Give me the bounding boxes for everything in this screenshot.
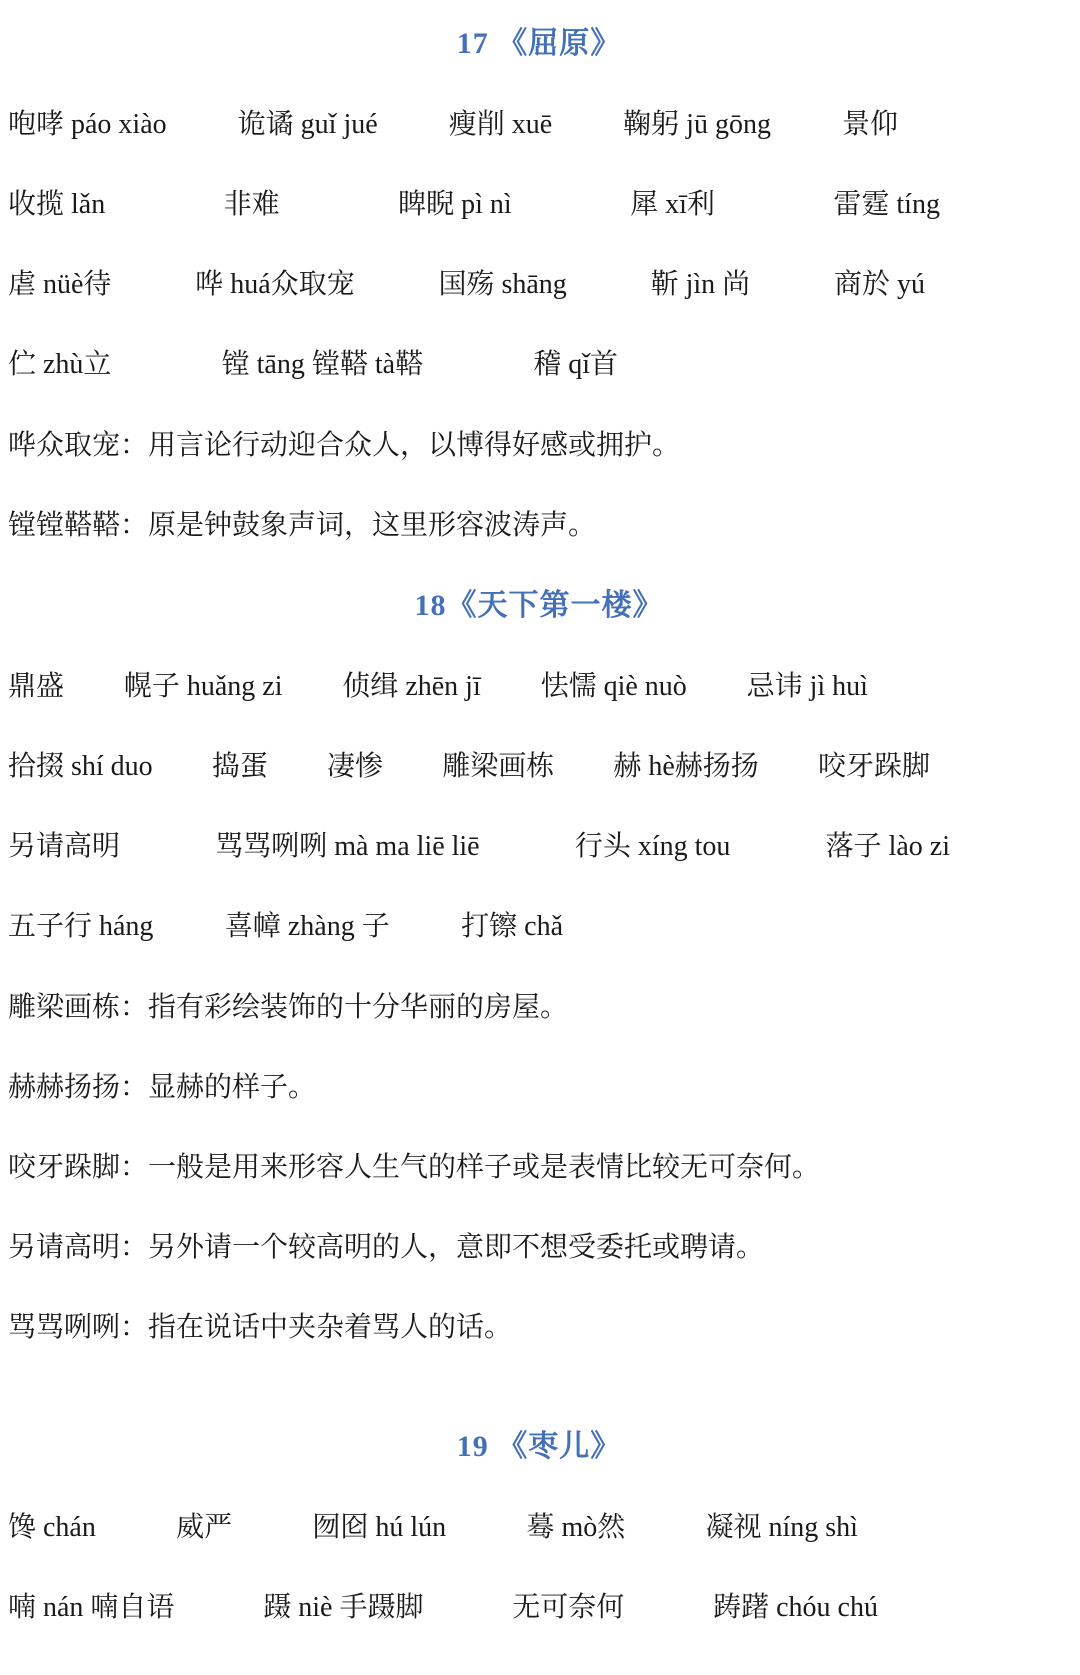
section-lesson-19: 19 《枣儿》 馋 chán 威严 囫囵 hú lún 蓦 mò然 凝视 nín… <box>8 1429 1070 1625</box>
vocab-item: 诡谲 guǐ jué <box>238 108 378 142</box>
vocab-row: 馋 chán 威严 囫囵 hú lún 蓦 mò然 凝视 níng shì <box>8 1511 858 1545</box>
vocab-row: 收揽 lǎn 非难 睥睨 pì nì 犀 xī利 雷霆 tíng <box>8 188 940 222</box>
vocab-item: 蹑 niè 手蹑脚 <box>263 1591 423 1625</box>
vocab-item: 雷霆 tíng <box>833 188 940 222</box>
vocab-item: 拾掇 shí duo <box>8 750 153 784</box>
vocab-row: 拾掇 shí duo 捣蛋 凄惨 雕梁画栋 赫 hè赫扬扬 咬牙跺脚 <box>8 750 930 784</box>
definition-line: 雕梁画栋：指有彩绘装饰的十分华丽的房屋。 <box>8 990 1070 1024</box>
definition-line: 赫赫扬扬：显赫的样子。 <box>8 1070 1070 1104</box>
vocab-row: 五子行 háng 喜幛 zhàng 子 打镲 chǎ <box>8 910 563 944</box>
definition-line: 咬牙跺脚：一般是用来形容人生气的样子或是表情比较无可奈何。 <box>8 1150 1070 1184</box>
definition-line: 镗镗鞳鞳：原是钟鼓象声词，这里形容波涛声。 <box>8 508 1070 542</box>
section-lesson-17: 17 《屈原》 咆哮 páo xiào 诡谲 guǐ jué 瘦削 xuē 鞠躬… <box>8 26 1070 542</box>
vocab-item: 咬牙跺脚 <box>818 750 930 784</box>
vocab-item: 喜幛 zhàng 子 <box>225 910 390 944</box>
vocab-item: 五子行 háng <box>8 910 153 944</box>
vocab-item: 骂骂咧咧 mà ma liē liē <box>215 830 479 864</box>
vocab-item: 蓦 mò然 <box>526 1511 625 1545</box>
lesson-18-title: 18《天下第一楼》 <box>8 588 1070 624</box>
vocab-item: 商於 yú <box>834 268 925 302</box>
vocab-item: 睥睨 pì nì <box>398 188 512 222</box>
vocab-row: 鼎盛 幌子 huǎng zi 侦缉 zhēn jī 怯懦 qiè nuò 忌讳 … <box>8 670 868 704</box>
vocab-item: 犀 xī利 <box>630 188 715 222</box>
vocab-item: 收揽 lǎn <box>8 188 105 222</box>
lesson-17-title: 17 《屈原》 <box>8 26 1070 62</box>
section-lesson-18: 18《天下第一楼》 鼎盛 幌子 huǎng zi 侦缉 zhēn jī 怯懦 q… <box>8 588 1070 1344</box>
vocab-item: 踌躇 chóu chú <box>713 1591 878 1625</box>
vocab-row: 虐 nüè待 哗 huá众取宠 国殇 shāng 靳 jìn 尚 商於 yú <box>8 268 925 302</box>
vocab-item: 忌讳 jì huì <box>747 670 868 704</box>
vocab-item: 打镲 chǎ <box>461 910 563 944</box>
vocab-item: 哗 huá众取宠 <box>195 268 354 302</box>
definition-line: 哗众取宠：用言论行动迎合众人，以博得好感或拥护。 <box>8 428 1070 462</box>
vocab-item: 捣蛋 <box>212 750 268 784</box>
vocab-row: 另请高明 骂骂咧咧 mà ma liē liē 行头 xíng tou 落子 l… <box>8 830 950 864</box>
vocab-item: 咆哮 páo xiào <box>8 108 167 142</box>
vocab-item: 雕梁画栋 <box>442 750 554 784</box>
vocab-row: 伫 zhù立 镗 tāng 镗鞳 tà鞳 稽 qǐ首 <box>8 348 618 382</box>
vocab-item: 喃 nán 喃自语 <box>8 1591 174 1625</box>
vocab-item: 凝视 níng shì <box>706 1511 858 1545</box>
vocab-item: 稽 qǐ首 <box>533 348 618 382</box>
vocab-row: 咆哮 páo xiào 诡谲 guǐ jué 瘦削 xuē 鞠躬 jū gōng… <box>8 108 898 142</box>
definition-line: 骂骂咧咧：指在说话中夹杂着骂人的话。 <box>8 1310 1070 1344</box>
definition-line: 另请高明：另外请一个较高明的人，意即不想受委托或聘请。 <box>8 1230 1070 1264</box>
vocab-item: 另请高明 <box>8 830 120 864</box>
vocab-item: 非难 <box>224 188 280 222</box>
vocab-item: 国殇 shāng <box>438 268 566 302</box>
vocab-item: 鼎盛 <box>8 670 64 704</box>
vocab-item: 落子 lào zi <box>826 830 950 864</box>
vocab-row: 喃 nán 喃自语 蹑 niè 手蹑脚 无可奈何 踌躇 chóu chú <box>8 1591 878 1625</box>
vocab-item: 凄惨 <box>327 750 383 784</box>
vocab-item: 镗 tāng 镗鞳 tà鞳 <box>222 348 423 382</box>
vocab-item: 侦缉 zhēn jī <box>342 670 480 704</box>
vocab-item: 瘦削 xuē <box>449 108 552 142</box>
vocab-item: 囫囵 hú lún <box>312 1511 446 1545</box>
vocab-item: 伫 zhù立 <box>8 348 111 382</box>
vocab-item: 靳 jìn 尚 <box>651 268 751 302</box>
lesson-19-title: 19 《枣儿》 <box>8 1429 1070 1465</box>
chinese-vocabulary-document: 17 《屈原》 咆哮 páo xiào 诡谲 guǐ jué 瘦削 xuē 鞠躬… <box>8 26 1070 1625</box>
vocab-item: 行头 xíng tou <box>575 830 731 864</box>
vocab-item: 鞠躬 jū gōng <box>623 108 771 142</box>
vocab-item: 赫 hè赫扬扬 <box>613 750 758 784</box>
vocab-item: 馋 chán <box>8 1511 96 1545</box>
vocab-item: 威严 <box>176 1511 232 1545</box>
vocab-item: 怯懦 qiè nuò <box>541 670 687 704</box>
vocab-item: 无可奈何 <box>512 1591 624 1625</box>
vocab-item: 虐 nüè待 <box>8 268 111 302</box>
vocab-item: 幌子 huǎng zi <box>124 670 283 704</box>
vocab-item: 景仰 <box>842 108 898 142</box>
